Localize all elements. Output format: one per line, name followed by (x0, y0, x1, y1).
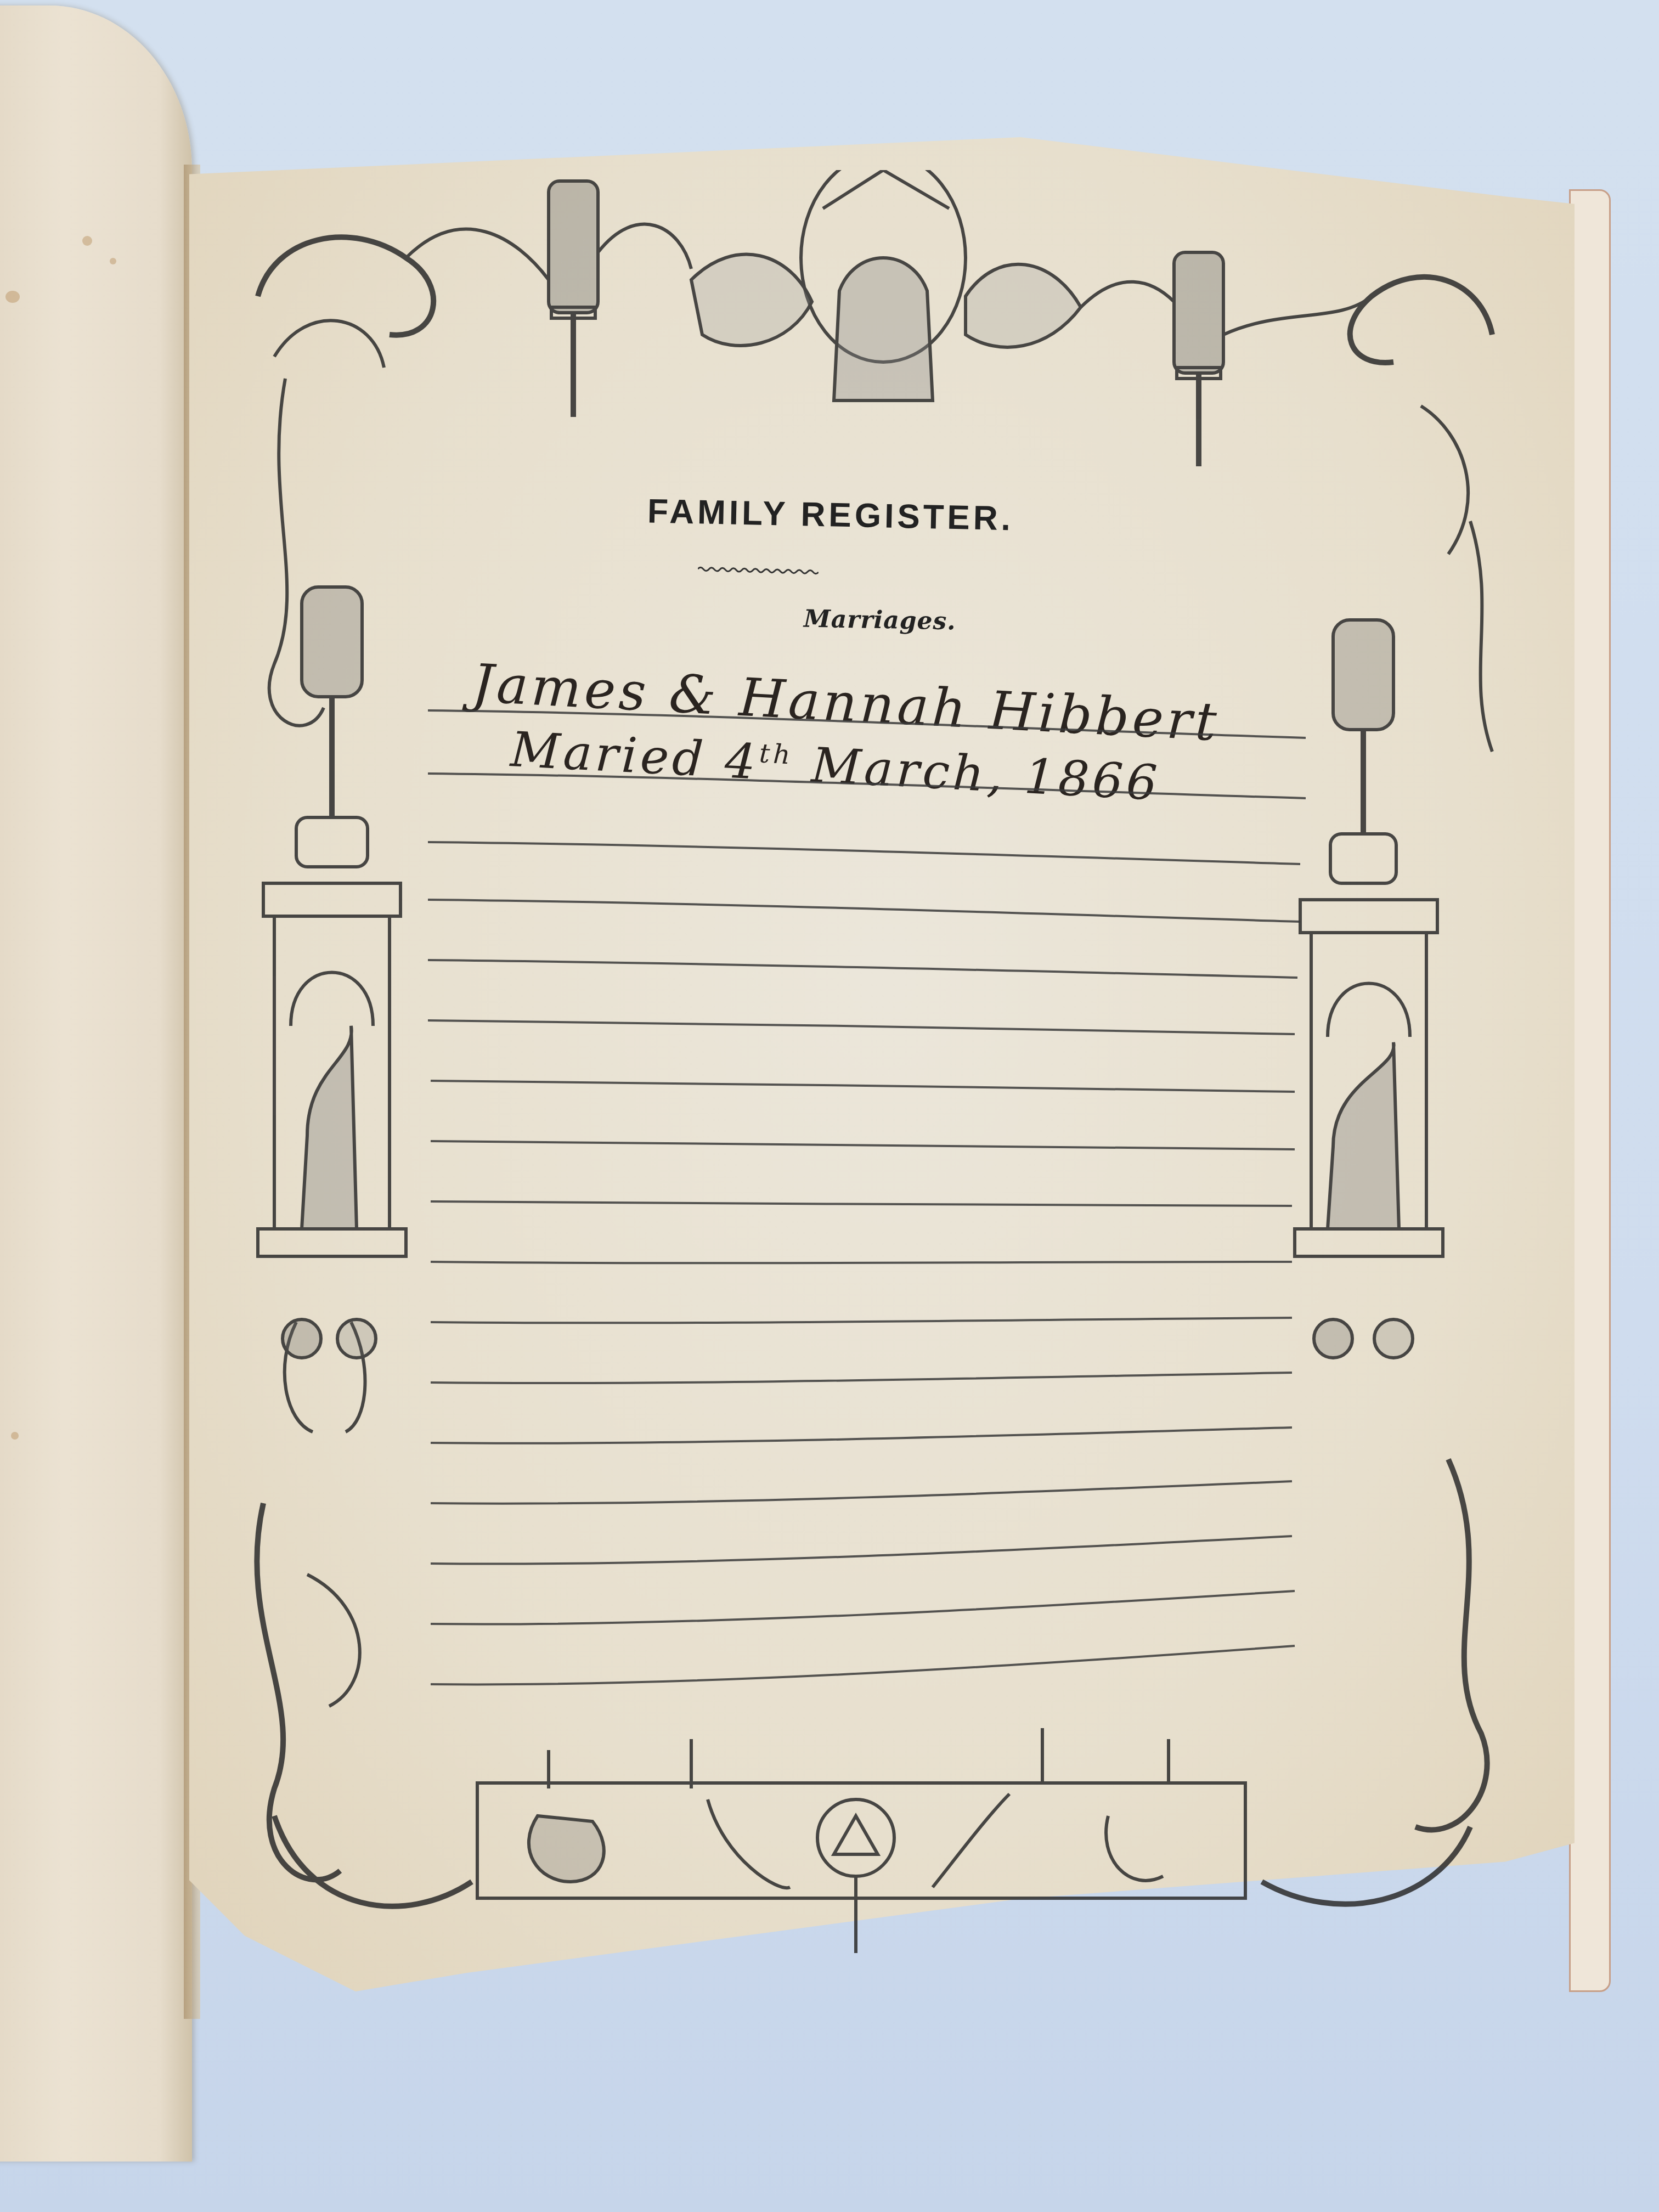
foxing-spot (11, 1432, 19, 1440)
foxing-spot (82, 236, 92, 246)
page-stack-edge (1569, 189, 1611, 1992)
foxing-spot (110, 258, 116, 264)
ruled-lines-icon (428, 708, 1317, 1723)
left-facing-page (0, 5, 192, 2162)
ruled-lines (428, 708, 1317, 1723)
section-heading-marriages: Marriages. (804, 605, 957, 636)
foxing-spot (5, 291, 20, 303)
